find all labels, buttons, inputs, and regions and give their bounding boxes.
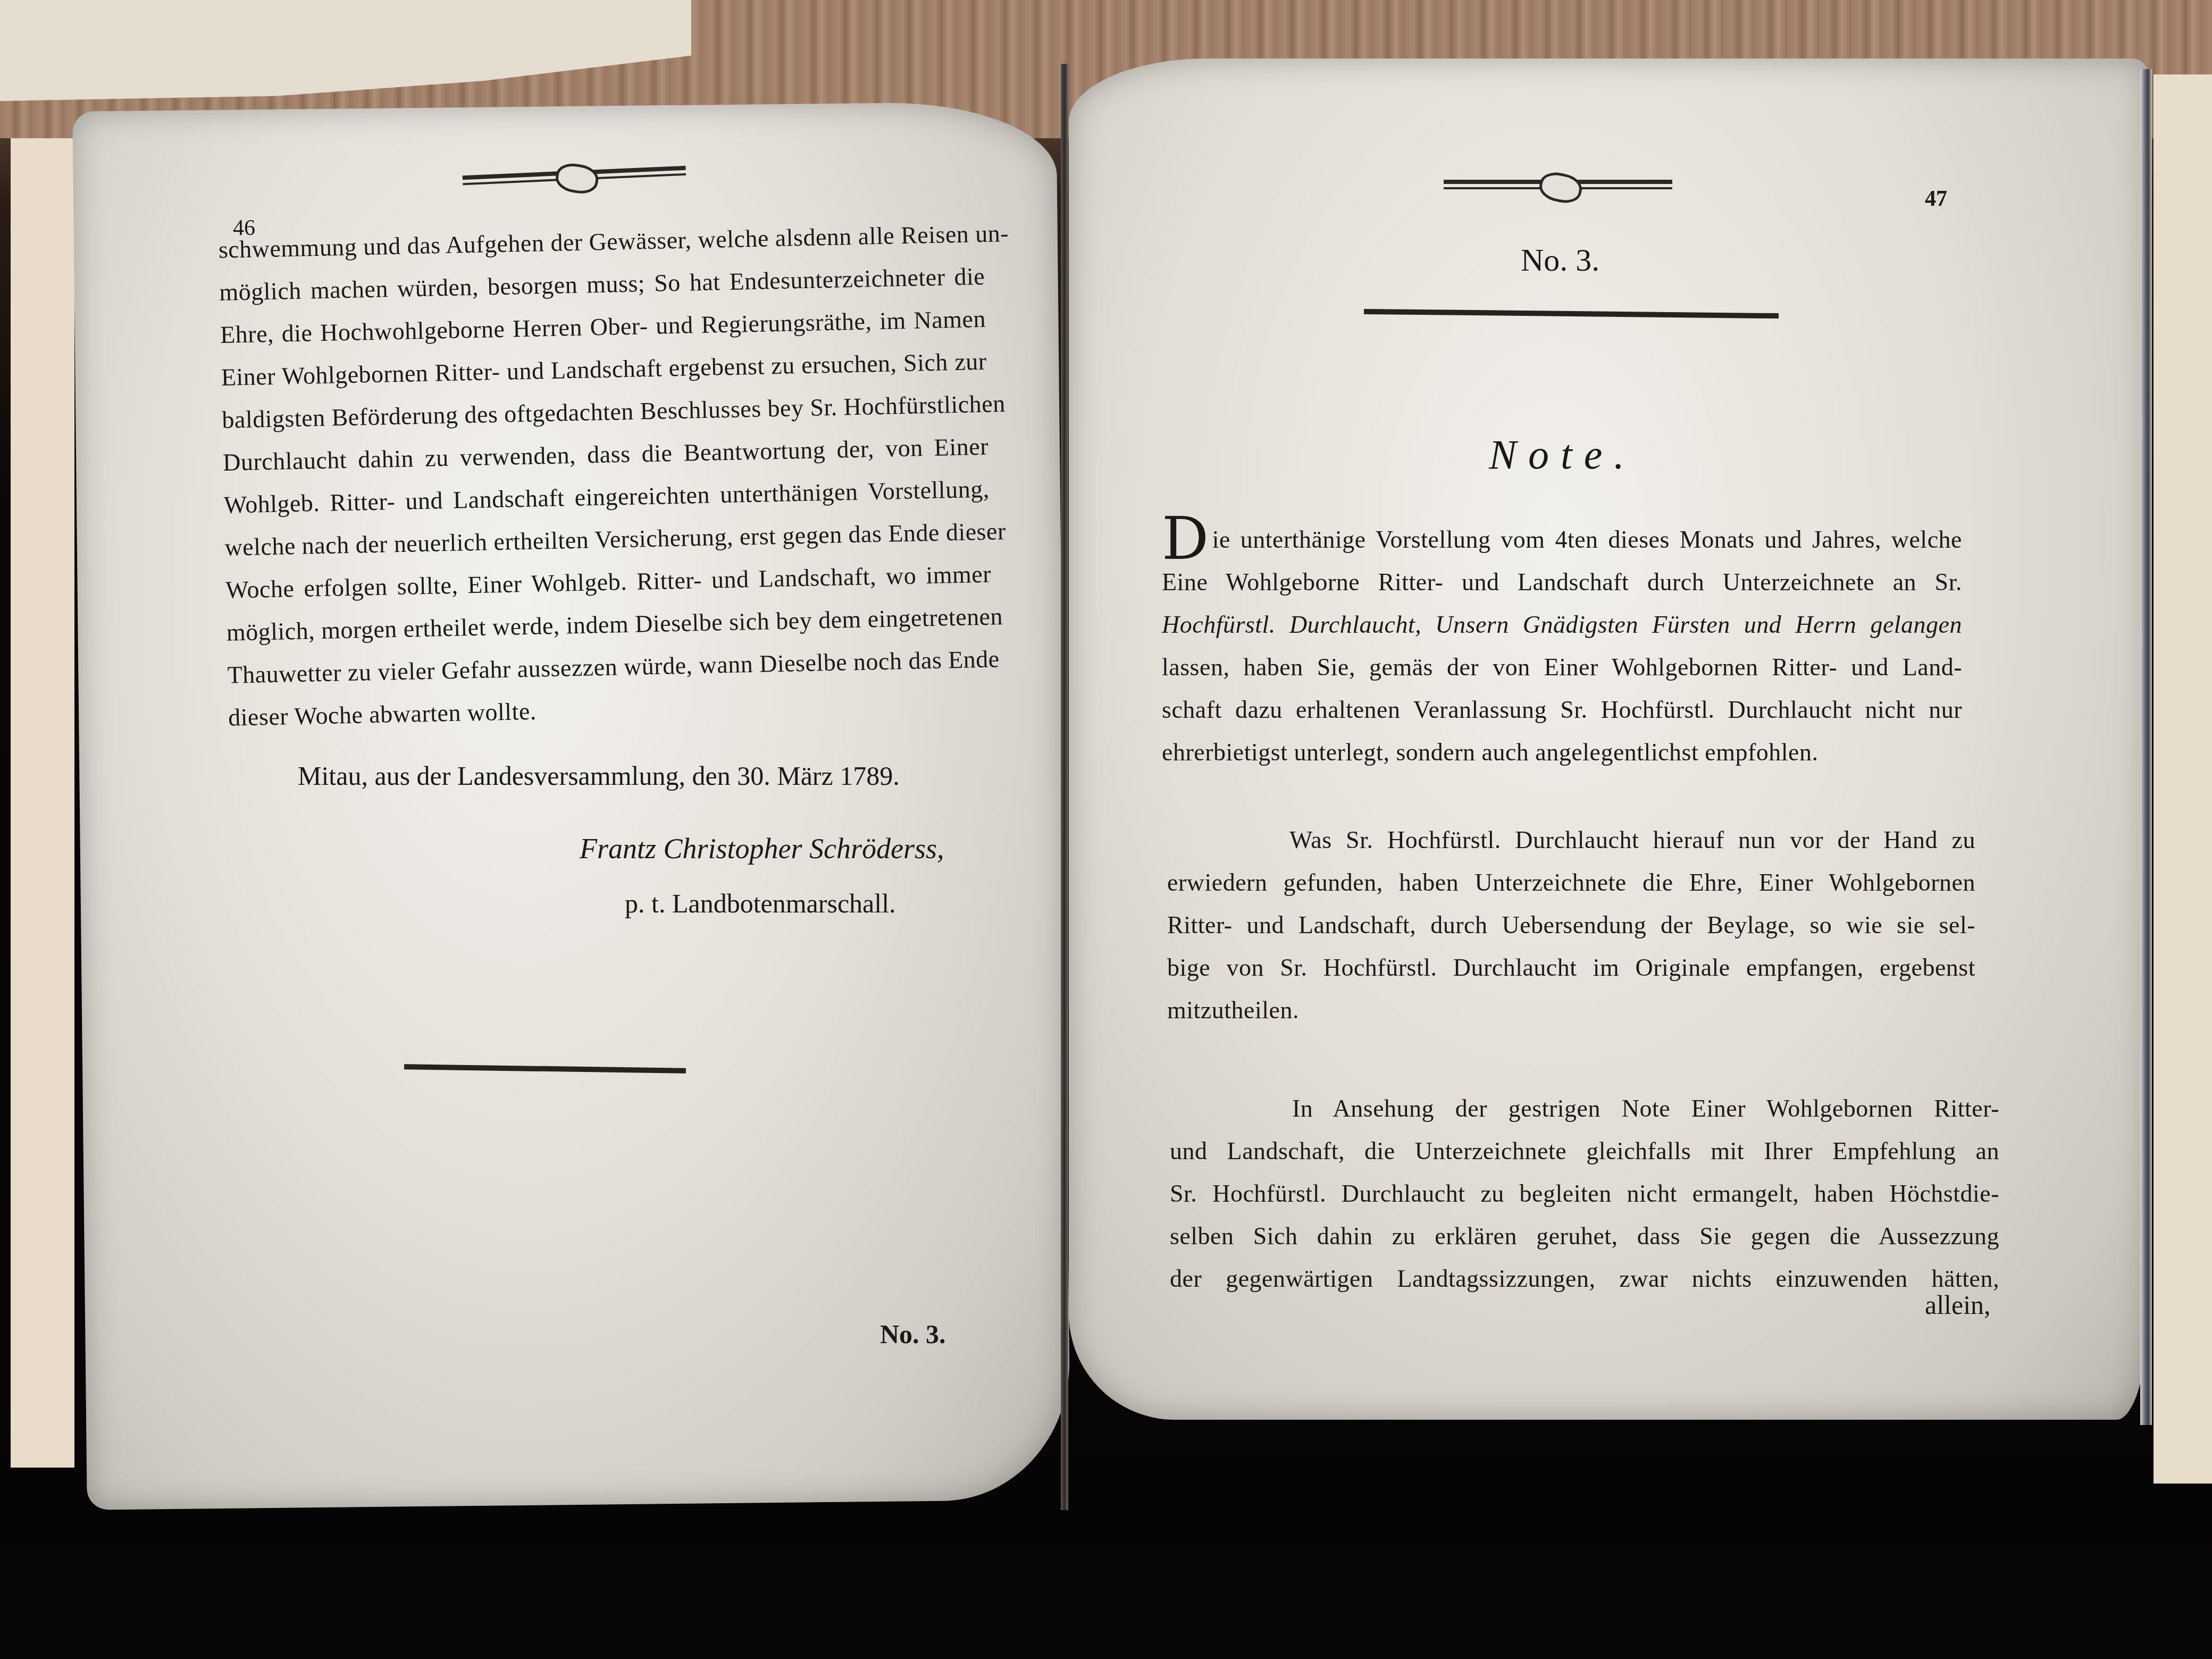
text-line: In Ansehung der gestrigen Note Einer Woh… (1170, 1087, 1999, 1130)
headpiece-ornament-right (1444, 177, 1672, 195)
dateline: Mitau, aus der Landesversammlung, den 30… (298, 760, 900, 791)
text-line: Sr. Hochfürstl. Durchlaucht zu begleiten… (1170, 1172, 1999, 1215)
book-cover-right-edge (2154, 74, 2212, 1484)
text-line: und Landschaft, die Unterzeichnete gleic… (1170, 1130, 1999, 1172)
right-paragraph-2: Was Sr. Hochfürstl. Durchlaucht hierauf … (1167, 819, 1975, 1032)
dark-foreground (0, 1542, 2212, 1659)
text-line: ehrerbietigst unterlegt, sondern auch an… (1162, 731, 1962, 774)
page-number-right: 47 (1925, 186, 1947, 212)
document-number-heading: No. 3. (1521, 242, 1599, 279)
right-paragraph-1: Die unterthänige Vorstellung vom 4ten di… (1162, 518, 1962, 774)
text-line: Die unterthänige Vorstellung vom 4ten di… (1162, 518, 1962, 561)
book-gutter (1061, 64, 1068, 1510)
page-block-edge (2140, 69, 2152, 1425)
catchword-left: No. 3. (880, 1319, 946, 1350)
note-title: Note. (1489, 431, 1636, 479)
text-line: bige von Sr. Hochfürstl. Durchlaucht im … (1167, 946, 1975, 989)
text-line: selben Sich dahin zu erklären geruhet, d… (1170, 1215, 1999, 1258)
text-line: mitzutheilen. (1167, 989, 1975, 1032)
left-body-text: schwemmung und das Aufgehen der Gewässer… (218, 213, 994, 739)
signature-name: Frantz Christopher Schröderss, (580, 832, 944, 865)
book-cover-left-edge (11, 138, 74, 1468)
text-line: Was Sr. Hochfürstl. Durchlaucht hierauf … (1167, 819, 1975, 861)
text-line: schaft dazu erhaltenen Veranlassung Sr. … (1162, 689, 1962, 731)
text-line: lassen, haben Sie, gemäs der von Einer W… (1162, 646, 1962, 689)
text-line-content: ie unterthänige Vorstellung vom 4ten die… (1212, 526, 1962, 553)
text-line: Eine Wohlgeborne Ritter- und Landschaft … (1162, 561, 1962, 604)
drop-cap: D (1162, 523, 1209, 555)
catchword-right: allein, (1925, 1289, 1991, 1320)
signature-role: p. t. Landbotenmarschall. (625, 888, 896, 919)
right-paragraph-3: In Ansehung der gestrigen Note Einer Woh… (1170, 1087, 1999, 1300)
text-line: Ritter- und Landschaft, durch Uebersendu… (1167, 904, 1975, 946)
text-line: Hochfürstl. Durchlaucht, Unsern Gnädigst… (1162, 604, 1962, 646)
text-line: der gegenwärtigen Landtagssizzungen, zwa… (1170, 1258, 1999, 1300)
text-line: erwiedern gefunden, haben Unterzeichnete… (1167, 861, 1975, 904)
